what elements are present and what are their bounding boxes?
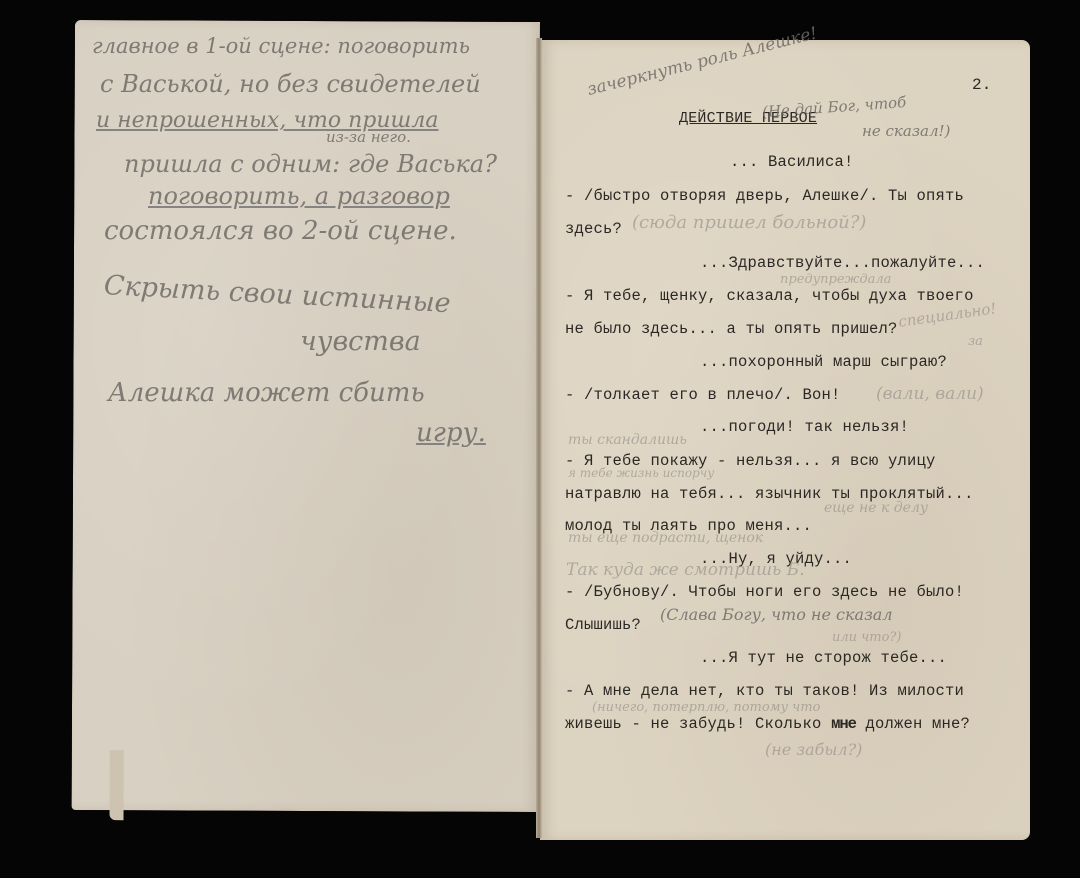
typed-line: Слышишь? bbox=[565, 616, 641, 634]
left-page bbox=[72, 20, 540, 812]
typed-line: - /толкает его в плечо/. Вон! bbox=[565, 386, 841, 404]
typed-line: - А мне дела нет, кто ты таков! Из милос… bbox=[565, 682, 964, 700]
pencil-annotation: (сюда пришел больной?) bbox=[632, 212, 866, 233]
handwritten-note: главное в 1-ой сцене: поговорить bbox=[92, 34, 470, 58]
typed-line: живешь - не забудь! Сколько мне должен м… bbox=[565, 715, 970, 733]
pencil-annotation: еще не к делу bbox=[824, 500, 928, 516]
handwritten-note: поговорить, а разговор bbox=[148, 182, 450, 210]
typed-line-part: должен мне? bbox=[865, 715, 970, 733]
typed-line: не было здесь... а ты опять пришел? bbox=[565, 320, 898, 338]
overtyped-word: мне bbox=[831, 715, 856, 733]
handwritten-note: Алешка может сбить bbox=[108, 378, 425, 408]
typed-line: - /быстро отворяя дверь, Алешке/. Ты опя… bbox=[565, 187, 964, 205]
pencil-annotation: (ничего, потерплю, потому что bbox=[592, 700, 820, 715]
handwritten-note: пришла с одним: где Васька? bbox=[124, 150, 497, 178]
pencil-annotation: (Слава Богу, что не сказал bbox=[660, 605, 893, 624]
booklet-spine bbox=[536, 38, 542, 838]
pencil-annotation: предупреждала bbox=[780, 272, 891, 287]
pencil-annotation: Так куда же смотришь Б. bbox=[566, 560, 805, 580]
typed-line: - Я тебе, щенку, сказала, чтобы духа тво… bbox=[565, 287, 974, 305]
typed-line: здесь? bbox=[565, 220, 622, 238]
pencil-annotation: (вали, вали) bbox=[876, 384, 984, 404]
typed-line-part: живешь - не забудь! Сколько bbox=[565, 715, 822, 733]
handwritten-note: игру. bbox=[416, 418, 486, 448]
typed-line: ...Я тут не сторож тебе... bbox=[700, 649, 947, 667]
typed-line: ...Здравствуйте...пожалуйте... bbox=[700, 254, 985, 272]
typed-line: ... Василиса! bbox=[730, 153, 854, 171]
pencil-annotation: за bbox=[968, 334, 983, 349]
pencil-annotation: ты скандалишь bbox=[568, 432, 687, 448]
page-number: 2. bbox=[972, 76, 992, 94]
pencil-annotation: я тебе жизнь испорчу bbox=[568, 466, 714, 480]
pencil-annotation: или что?) bbox=[832, 630, 901, 645]
pencil-annotation: (не забыл?) bbox=[765, 740, 862, 759]
handwritten-note: из-за него. bbox=[326, 128, 411, 146]
handwritten-note: состоялся во 2-ой сцене. bbox=[104, 216, 457, 246]
torn-page-edge bbox=[110, 750, 124, 820]
typed-line: ...похоронный марш сыграю? bbox=[700, 353, 947, 371]
typed-line: ...погоди! так нельзя! bbox=[700, 418, 909, 436]
typed-line: - /Бубнову/. Чтобы ноги его здесь не был… bbox=[565, 583, 964, 601]
handwritten-note: с Васькой, но без свидетелей bbox=[100, 70, 481, 98]
pencil-annotation: ты еще подрасти, щенок bbox=[568, 530, 763, 546]
handwritten-note-part: поговорить, а разговор bbox=[148, 182, 450, 210]
handwritten-note: чувства bbox=[300, 326, 421, 357]
pencil-annotation: не сказал!) bbox=[862, 122, 950, 140]
